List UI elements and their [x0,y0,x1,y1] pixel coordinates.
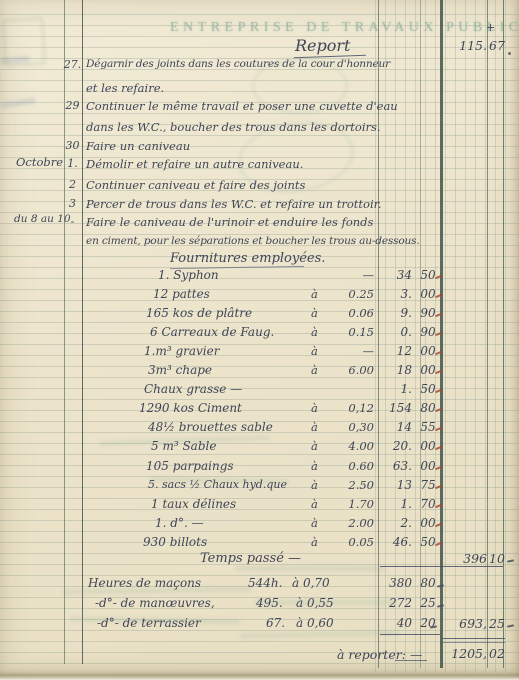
supply-centimes: 00 [419,459,437,473]
supply-a: à [311,535,318,549]
letterhead-title: ENTREPRISE DE TRAVAUX PUBLICS [170,20,519,36]
supply-francs: 46. [377,535,412,549]
supply-row: 5 m³ Sable à 4.00 20. 00 [0,439,519,457]
supply-a: à [311,516,318,530]
supply-francs: 20. [377,439,412,453]
supply-desc: 930 billots [143,535,207,549]
supply-a: à [311,478,318,492]
supply-price: 6.00 [330,363,374,377]
journal-line: Dégarnir des joints dans les coutures de… [86,58,390,70]
supply-price: 0.06 [330,306,374,320]
labor-subtotal-centimes: 10 [489,551,505,566]
supply-desc: 1. Syphon [158,268,219,282]
labor-centimes: 80 [419,576,437,590]
supply-francs: 12 [377,344,412,358]
supply-francs: 34 [377,268,412,282]
labor-rate: à 0,60 [296,616,334,630]
supply-francs: 2. [377,516,412,530]
day-number: 1. [63,157,82,170]
supply-francs: 154 [377,401,412,415]
journal-line: Faire un caniveau [86,139,190,153]
supply-desc: Chaux grasse — [144,382,242,396]
journal-line: Continuer le même travail et poser une c… [86,99,398,113]
journal-line: Faire le caniveau de l'urinoir et enduir… [86,215,373,229]
labor-row: -d°- de terrassier 67. à 0,60 40 20 693,… [0,616,519,634]
supply-desc: 105 parpaings [146,459,234,473]
supply-row: 12 pattes à 0.25 3. 00 [0,287,519,305]
supply-centimes: 00 [419,363,437,377]
labor-qty: 495. [256,596,283,610]
supply-desc: 1.m³ gravier [144,344,219,358]
supply-francs: 18 [377,363,412,377]
supply-centimes: 50 [419,268,437,282]
supply-desc: 5 m³ Sable [151,439,216,453]
labor-row: Heures de maçons 544h. à 0,70 380 80 [0,576,519,594]
labor-centimes: 25 [419,596,437,610]
subtotal-rule [380,566,503,567]
day-number: 3 [63,197,82,210]
supply-row: 6 Carreaux de Faug. à 0.15 0. 90 [0,325,519,343]
supplies-section-title: Fournitures employées. [170,251,325,266]
supply-a: à [311,287,318,301]
supply-row: Chaux grasse — 1. 50 [0,382,519,400]
supply-row: 3m³ chape à 6.00 18 00 [0,363,519,381]
supply-desc: 165 kos de plâtre [146,306,252,320]
supply-a: à [311,363,318,377]
supply-centimes: 70 [419,497,437,511]
supply-row: 1. Syphon — 34 50 [0,268,519,286]
journal-line: dans les W.C., boucher des trous dans le… [86,120,381,134]
supply-centimes: 90 [419,306,437,320]
supply-price: 1.70 [330,497,374,511]
labor-total-centimes: 25 [489,616,505,631]
labor-rate: à 0,55 [296,596,334,610]
pen-dash [437,584,444,587]
supply-a: à [311,420,318,434]
pen-dash [437,604,444,607]
labor-desc: -d°- de manœuvres, [95,596,215,610]
supply-price: 0.25 [330,287,374,301]
supply-price: 0.05 [330,535,374,549]
supply-desc: 1. d°. — [155,516,204,530]
labor-section-title: Temps passé — [200,551,301,566]
supply-centimes: 80 [419,401,437,415]
outer-total-rule-2 [443,642,505,643]
carry-over-dash [395,660,427,661]
pen-dash [507,624,514,627]
supply-row: 1. d°. — à 2.00 2. 00 [0,516,519,534]
supply-centimes: 50 [419,382,437,396]
supply-a: à [311,459,318,473]
bleedthrough-script [235,566,385,571]
supply-francs: 3. [377,287,412,301]
day-number: 27. [63,58,82,71]
supply-price: 0,30 [330,420,374,434]
day-number: 29 [63,99,82,112]
day-number: 2 [63,178,82,191]
supply-price: 0,12 [330,401,374,415]
supply-row: 1.m³ gravier à — 12 00 [0,344,519,362]
supply-francs: 1. [377,382,412,396]
supply-a: à [311,439,318,453]
supply-price: 0.15 [330,325,374,339]
supply-desc: 1290 kos Ciment [139,401,242,415]
supply-centimes: 00 [419,439,437,453]
supply-francs: 1. [377,497,412,511]
labor-row: -d°- de manœuvres, 495. à 0,55 272 25 [0,596,519,614]
labor-desc: -d°- de terrassier [97,616,201,630]
supply-francs: 14 [377,420,412,434]
supply-row: 48½ brouettes sable à 0,30 14 55 [0,420,519,438]
day-number: - [63,215,82,228]
labor-subtotal-francs: 396 [437,551,487,566]
labor-desc: Heures de maçons [88,576,201,590]
ledger-page: ENTREPRISE DE TRAVAUX PUBLICS Report + 1… [0,0,519,680]
supply-francs: 63. [377,459,412,473]
carry-over-francs: 1205, [437,646,487,661]
supply-price: — [330,268,374,282]
day-number: 30 [63,139,82,152]
supply-row: 5. sacs ½ Chaux hyd.que à 2.50 13 75 [0,478,519,496]
supply-a: à [311,325,318,339]
labor-francs: 272 [377,596,412,610]
margin-month: Octobre [16,155,63,169]
journal-line: Percer de trous dans les W.C. et refaire… [86,197,382,211]
journal-line: et les refaire. [86,81,164,95]
supply-a: à [311,497,318,511]
outer-total-rule [443,638,505,639]
supply-row: 105 parpaings à 0.60 63. 00 [0,459,519,477]
supply-price: 2.00 [330,516,374,530]
supply-francs: 13 [377,478,412,492]
supply-price: — [330,344,374,358]
supply-a: à [311,344,318,358]
inner-total-rule [380,634,440,635]
supply-centimes: 50 [419,535,437,549]
labor-centimes: 20 [419,616,437,630]
journal-line: Continuer caniveau et faire des joints [86,178,305,192]
supply-centimes: 00 [419,287,437,301]
pen-dot [508,52,511,55]
supply-row: 1290 kos Ciment à 0,12 154 80 [0,401,519,419]
supply-a: à [311,401,318,415]
supply-desc: 3m³ chape [148,363,212,377]
supply-price: 0.60 [330,459,374,473]
supply-desc: 12 pattes [153,287,210,301]
supply-row: 1 taux délines à 1.70 1. 70 [0,497,519,515]
journal-line: en ciment, pour les séparations et bouch… [86,235,420,247]
supply-francs: 0. [377,325,412,339]
supply-centimes: 00 [419,516,437,530]
labor-qty: 67. [266,616,285,630]
labor-total-francs: 693, [437,616,487,631]
supply-desc: 48½ brouettes sable [148,420,273,434]
supply-price: 2.50 [330,478,374,492]
supply-centimes: 55 [419,420,437,434]
supply-centimes: 00 [419,344,437,358]
supply-centimes: 90 [419,325,437,339]
supply-centimes: 75 [419,478,437,492]
labor-qty: 544h. [248,576,282,590]
labor-francs: 380 [377,576,412,590]
labor-francs: 40 [377,616,412,630]
supply-desc: 6 Carreaux de Faug. [150,325,274,339]
report-label: Report [295,36,350,55]
report-amount-centimes: 67 [489,38,505,53]
page-mark: + [486,21,495,34]
supply-row: 165 kos de plâtre à 0.06 9. 90 [0,306,519,324]
labor-rate: à 0,70 [292,576,330,590]
supply-francs: 9. [377,306,412,320]
journal-line: Démolir et refaire un autre caniveau. [86,157,303,171]
carry-over-centimes: 02 [489,646,505,661]
supply-price: 4.00 [330,439,374,453]
supply-desc: 5. sacs ½ Chaux hyd.que [148,478,287,491]
supply-desc: 1 taux délines [151,497,236,511]
supply-a: à [311,306,318,320]
report-amount-francs: 115. [437,38,487,53]
